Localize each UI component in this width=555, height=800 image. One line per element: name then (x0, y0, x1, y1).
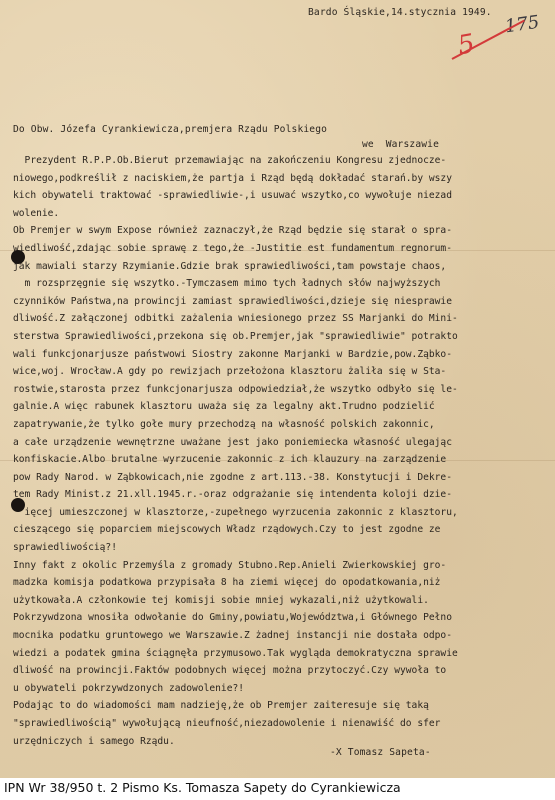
letter-line: wolenie. (13, 205, 458, 223)
punch-hole (11, 250, 25, 264)
letter-line: jak mawiali starzy Rzymianie.Gdzie brak … (13, 258, 458, 276)
letter-line: niowego,podkreślił z naciskiem,że partja… (13, 170, 458, 188)
addressee-city: we Warszawie (362, 139, 439, 150)
letter-line: sprawiedliwością?! (13, 539, 458, 557)
letter-line: sterstwa Sprawiedliwości,przekona się ob… (13, 328, 458, 346)
archive-page-number: 175 (504, 12, 541, 38)
signature: -X Tomasz Sapeta- (330, 747, 431, 758)
letter-line: Inny fakt z okolic Przemyśla z gromady S… (13, 557, 458, 575)
image-caption: IPN Wr 38/950 t. 2 Pismo Ks. Tomasza Sap… (4, 780, 401, 795)
punch-hole (11, 498, 25, 512)
letter-line: kich obywateli traktować -sprawiedliwie-… (13, 187, 458, 205)
place-date: Bardo Śląskie,14.stycznia 1949. (308, 7, 492, 18)
letter-line: wiedliwość,zdając sobie sprawę z tego,że… (13, 240, 458, 258)
letter-line: rostwie,starosta przez funkcjonarjusza o… (13, 381, 458, 399)
letter-line: u obywateli pokrzywdzonych zadowolenie?! (13, 680, 458, 698)
letter-line: Ob Premjer w swym Expose również zaznacz… (13, 222, 458, 240)
letter-line: Podając to do wiadomości mam nadzieję,że… (13, 697, 458, 715)
scanned-letter-page: Bardo Śląskie,14.stycznia 1949. 175 5 Do… (0, 0, 555, 778)
letter-line: zapatrywanie,że tylko gołe mury przechod… (13, 416, 458, 434)
letter-line: cieszącego się poparciem miejscowych Wła… (13, 521, 458, 539)
letter-line: dliwość na prowincji.Faktów podobnych wi… (13, 662, 458, 680)
letter-line: mocnika podatku gruntowego we Warszawie.… (13, 627, 458, 645)
letter-line: użytkowała.A członkowie tej komisji sobi… (13, 592, 458, 610)
letter-line: ięcej umieszczonej w klasztorze,-zupełne… (13, 504, 458, 522)
letter-line: a całe urządzenie wewnętrzne uważane jes… (13, 434, 458, 452)
letter-line: pow Rady Narod. w Ząbkowicach,nie zgodne… (13, 469, 458, 487)
letter-line: tem Rady Minist.z 21.xll.1945.r.-oraz od… (13, 486, 458, 504)
addressee-line: Do Obw. Józefa Cyrankiewicza,premjera Rz… (13, 124, 327, 135)
letter-line: konfiskacie.Albo brutalne wyrzucenie zak… (13, 451, 458, 469)
letter-line: Pokrzywdzona wnosiła odwołanie do Gminy,… (13, 609, 458, 627)
letter-line: wice,woj. Wrocław.A gdy po rewizjach prz… (13, 363, 458, 381)
letter-line: m rozsprzęgnie się wszytko.-Tymczasem mi… (13, 275, 458, 293)
letter-body: Prezydent R.P.P.Ob.Bierut przemawiając n… (13, 152, 458, 750)
letter-line: czynników Państwa,na prowincji zamiast s… (13, 293, 458, 311)
letter-line: wiedzi a podatek gmina ściągnęła przymus… (13, 645, 458, 663)
letter-line: madzka komisja podatkowa przypisała 8 ha… (13, 574, 458, 592)
letter-line: Prezydent R.P.P.Ob.Bierut przemawiając n… (13, 152, 458, 170)
letter-line: dliwość.Z załączonej odbitki zażalenia w… (13, 310, 458, 328)
letter-line: wali funkcjonarjusze państwowi Siostry z… (13, 346, 458, 364)
letter-line: "sprawiedliwością" wywołującą nieufność,… (13, 715, 458, 733)
letter-line: galnie.A więc rabunek klasztoru uważa si… (13, 398, 458, 416)
